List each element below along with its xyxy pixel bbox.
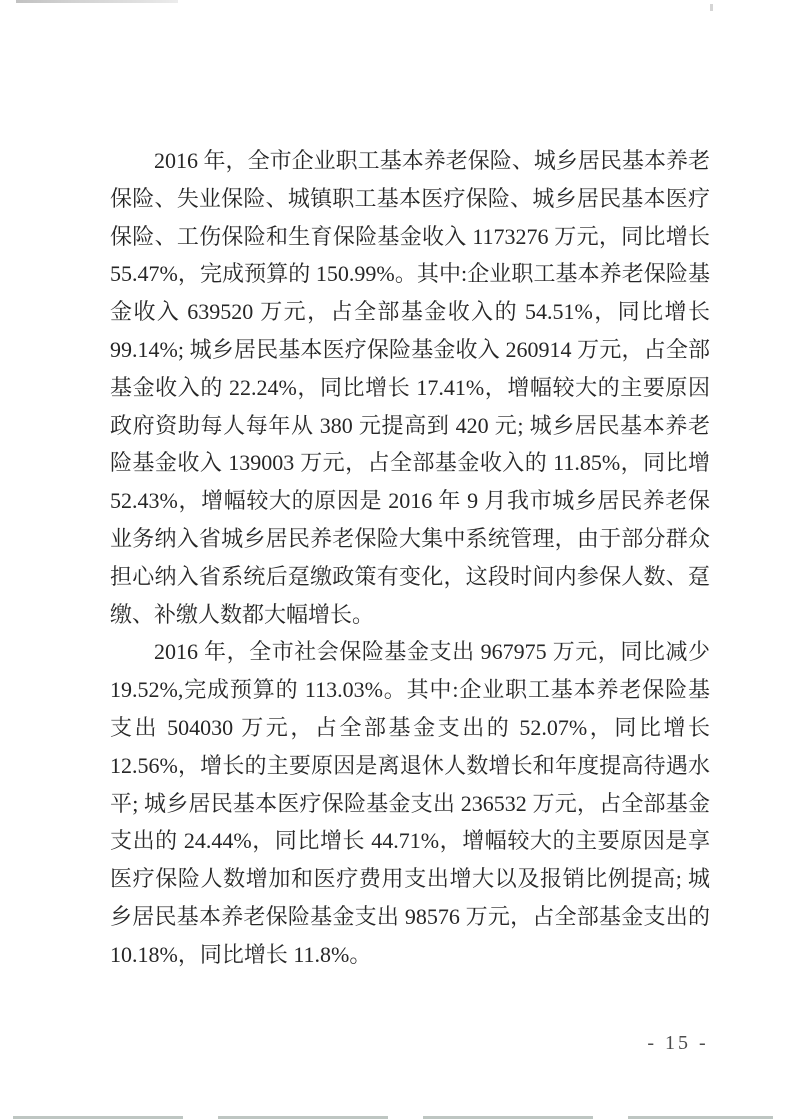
- text-line: 业务纳入省城乡居民养老保险大集中系统管理，由于部分群众: [110, 520, 710, 558]
- text-line: 支出 504030 万元，占全部基金支出的 52.07%，同比增长: [110, 709, 710, 747]
- text-line: 10.18%，同比增长 11.8%。: [110, 936, 710, 974]
- scan-artifact-speck: [710, 4, 713, 11]
- paragraph-fund-income: 2016 年，全市企业职工基本养老保险、城乡居民基本养老 保险、失业保险、城镇职…: [110, 142, 710, 633]
- text-line: 19.52%,完成预算的 113.03%。其中:企业职工基本养老保险基金: [110, 671, 710, 709]
- text-line: 2016 年，全市社会保险基金支出 967975 万元，同比减少: [110, 633, 710, 671]
- text-line: 2016 年，全市企业职工基本养老保险、城乡居民基本养老: [110, 142, 710, 180]
- paragraph-fund-expenditure: 2016 年，全市社会保险基金支出 967975 万元，同比减少 19.52%,…: [110, 633, 710, 973]
- text-line: 缴、补缴人数都大幅增长。: [110, 596, 710, 634]
- text-line: 金收入 639520 万元，占全部基金收入的 54.51%，同比增长: [110, 293, 710, 331]
- text-line: 12.56%，增长的主要原因是离退休人数增长和年度提高待遇水: [110, 747, 710, 785]
- text-line: 55.47%，完成预算的 150.99%。其中:企业职工基本养老保险基: [110, 255, 710, 293]
- scan-artifact-top-edge: [16, 0, 178, 3]
- text-line: 保险、工伤保险和生育保险基金收入 1173276 万元，同比增长: [110, 218, 710, 256]
- text-line: 担心纳入省系统后趸缴政策有变化，这段时间内参保人数、趸: [110, 558, 710, 596]
- text-line: 基金收入的 22.24%，同比增长 17.41%，增幅较大的主要原因是: [110, 369, 710, 407]
- scan-artifact-bottom-edge: [13, 1116, 773, 1119]
- text-line: 99.14%; 城乡居民基本医疗保险基金收入 260914 万元，占全部: [110, 331, 710, 369]
- text-line: 政府资助每人每年从 380 元提高到 420 元; 城乡居民基本养老保: [110, 407, 710, 445]
- text-line: 险基金收入 139003 万元，占全部基金收入的 11.85%，同比增长: [110, 444, 710, 482]
- text-line: 支出的 24.44%，同比增长 44.71%，增幅较大的主要原因是享受: [110, 822, 710, 860]
- text-line: 乡居民基本养老保险基金支出 98576 万元，占全部基金支出的: [110, 898, 710, 936]
- text-line: 平; 城乡居民基本医疗保险基金支出 236532 万元，占全部基金: [110, 785, 710, 823]
- document-page: 2016 年，全市企业职工基本养老保险、城乡居民基本养老 保险、失业保险、城镇职…: [0, 0, 794, 1120]
- text-line: 医疗保险人数增加和医疗费用支出增大以及报销比例提高; 城: [110, 860, 710, 898]
- text-line: 保险、失业保险、城镇职工基本医疗保险、城乡居民基本医疗: [110, 180, 710, 218]
- text-line: 52.43%，增幅较大的原因是 2016 年 9 月我市城乡居民养老保险: [110, 482, 710, 520]
- page-number: - 15 -: [643, 1031, 713, 1055]
- body-text: 2016 年，全市企业职工基本养老保险、城乡居民基本养老 保险、失业保险、城镇职…: [110, 142, 710, 974]
